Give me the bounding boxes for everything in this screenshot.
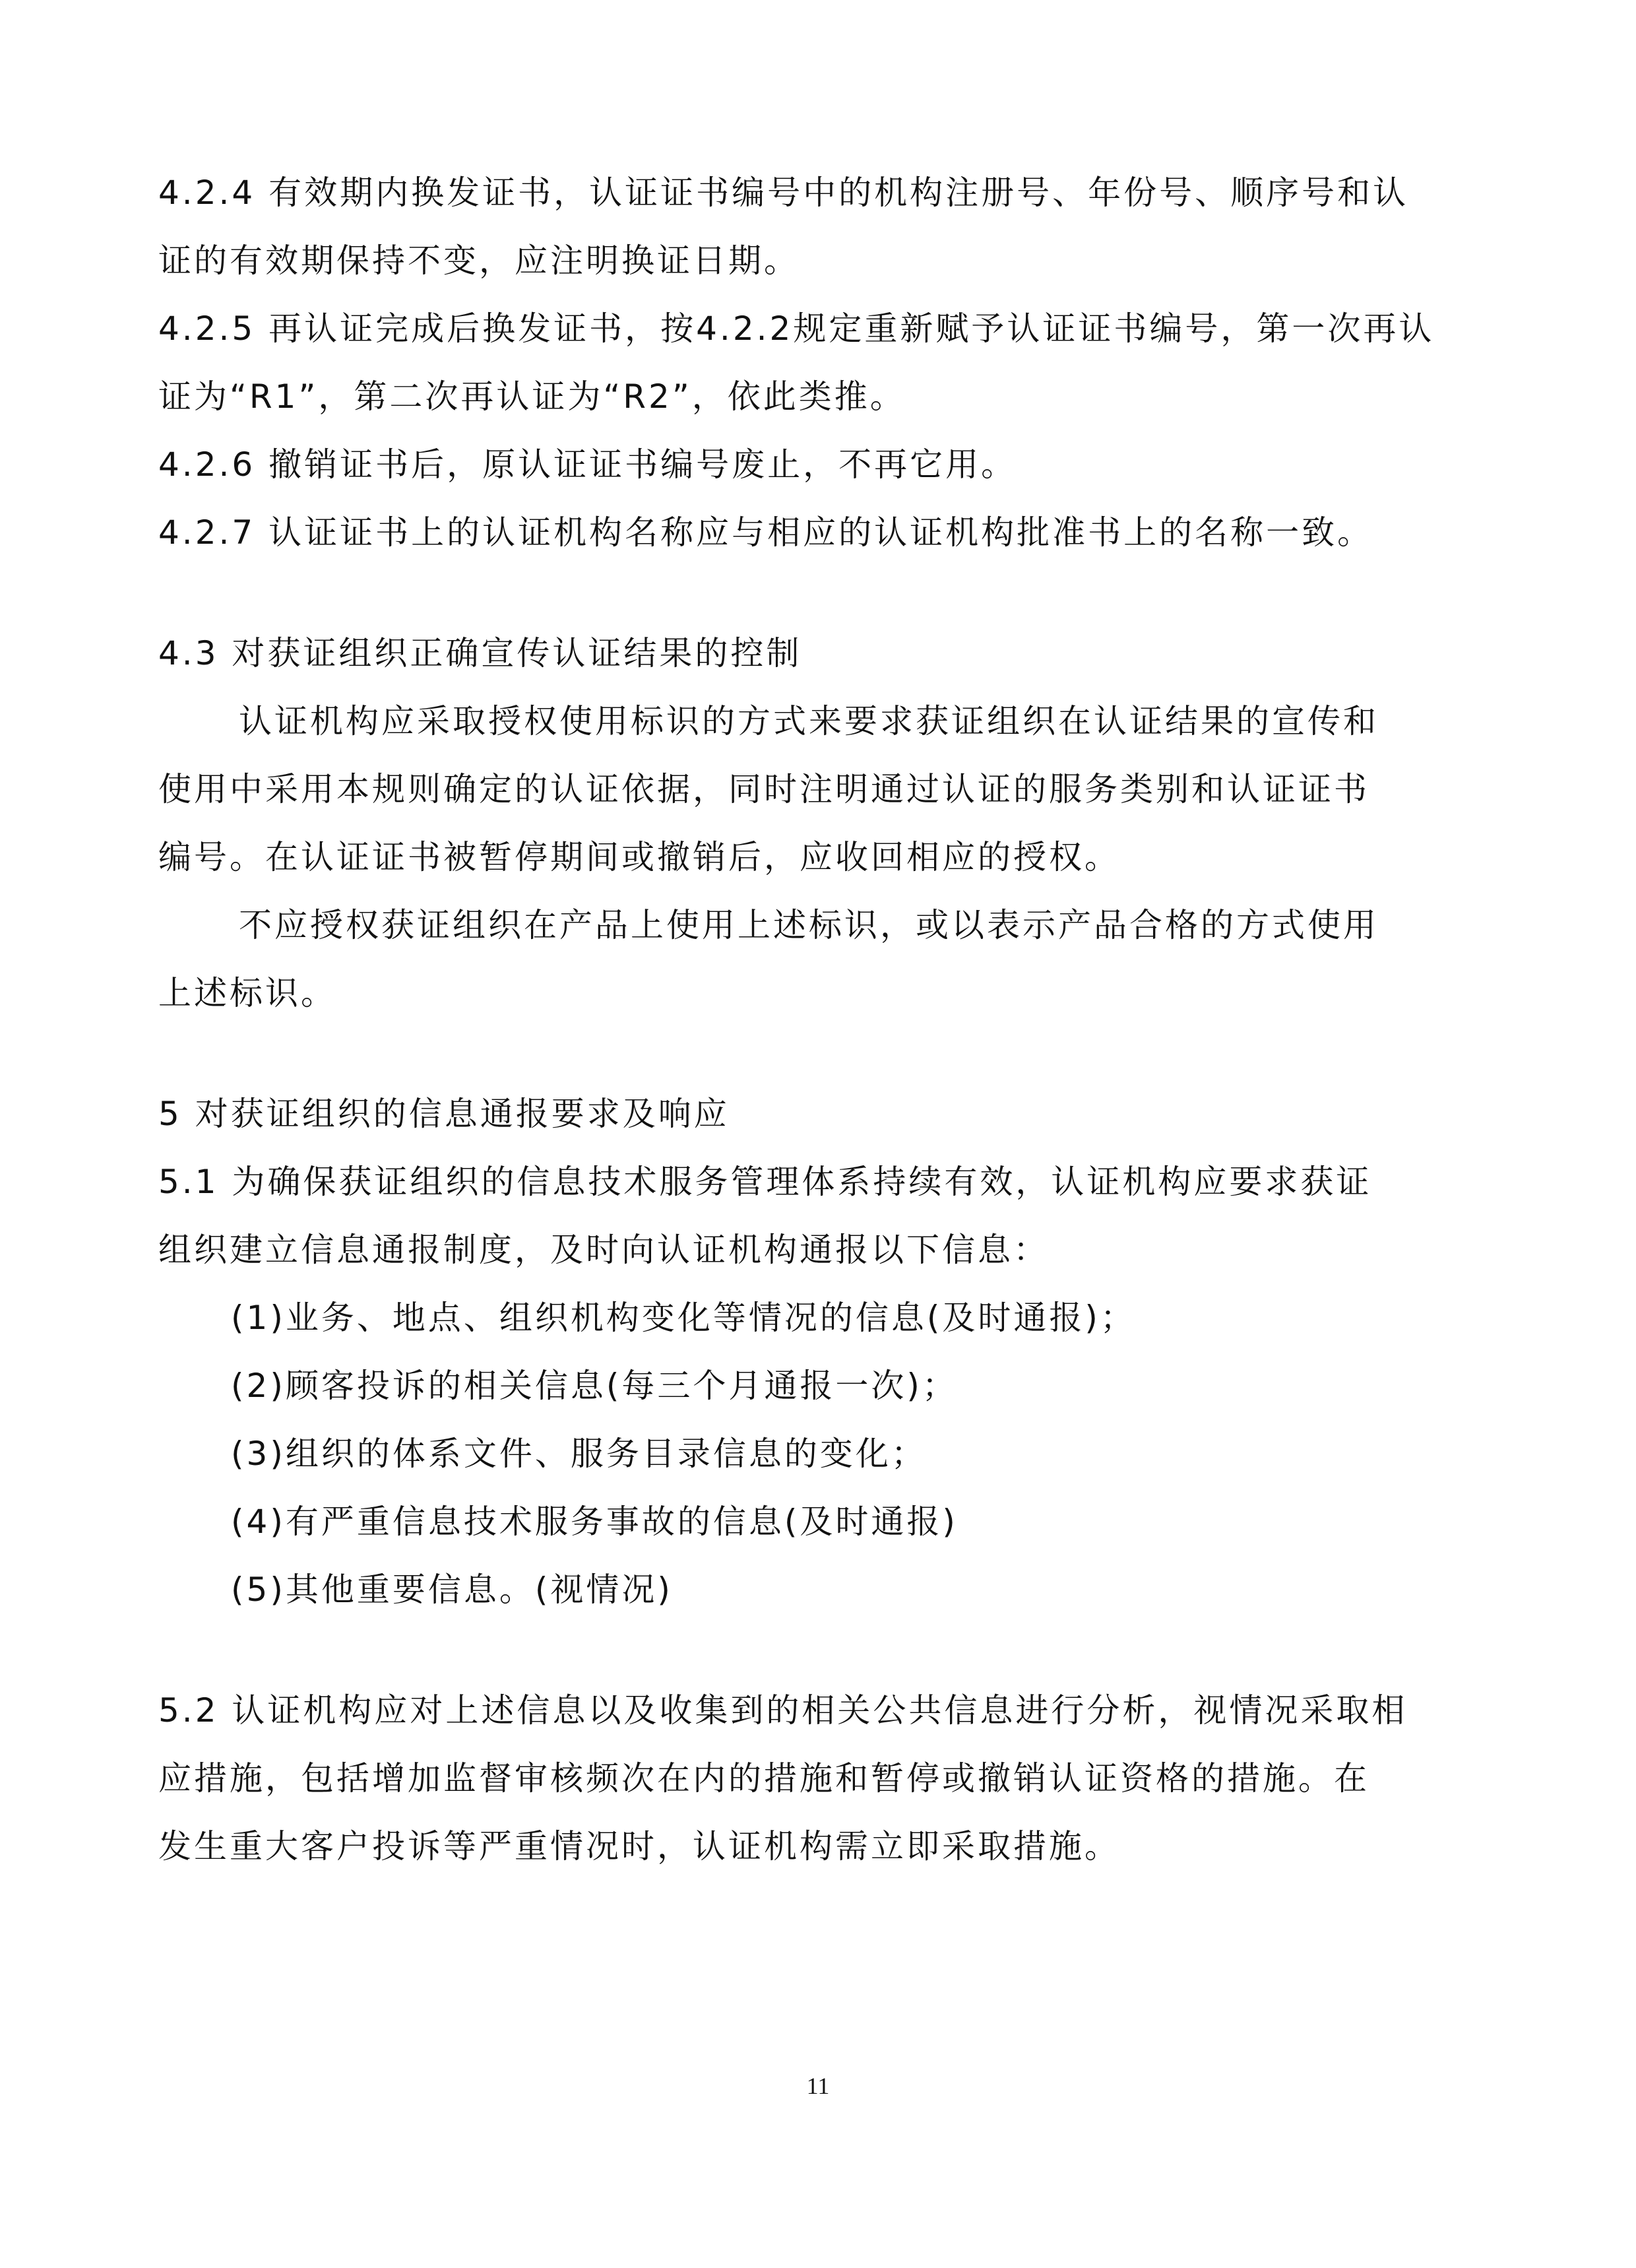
list-item: (4)有严重信息技术服务事故的信息(及时通报) <box>231 1502 1557 1541</box>
clause-4-2-6: 4.2.6 撤销证书后，原认证证书编号废止，不再它用。 <box>158 445 1484 484</box>
section-4-3-para1-line-2: 使用中采用本规则确定的认证依据，同时注明通过认证的服务类别和认证证书 <box>158 769 1484 809</box>
section-5-heading: 5 对获证组织的信息通报要求及响应 <box>158 1094 1484 1134</box>
document-page: 4.2.4 有效期内换发证书，认证证书编号中的机构注册号、年份号、顺序号和认 证… <box>0 0 1636 2268</box>
list-item: (5)其他重要信息。(视情况) <box>231 1570 1557 1609</box>
list-item: (3)组织的体系文件、服务目录信息的变化； <box>231 1434 1557 1474</box>
clause-5-1-line-1: 5.1 为确保获证组织的信息技术服务管理体系持续有效，认证机构应要求获证 <box>158 1162 1484 1202</box>
clause-4-2-4-line-2: 证的有效期保持不变，应注明换证日期。 <box>158 241 1484 280</box>
clause-4-2-4-line-1: 4.2.4 有效期内换发证书，认证证书编号中的机构注册号、年份号、顺序号和认 <box>158 173 1484 212</box>
list-item: (1)业务、地点、组织机构变化等情况的信息(及时通报)； <box>231 1298 1557 1338</box>
clause-4-2-7: 4.2.7 认证证书上的认证机构名称应与相应的认证机构批准书上的名称一致。 <box>158 513 1484 552</box>
section-4-3-para2-line-1: 不应授权获证组织在产品上使用上述标识，或以表示产品合格的方式使用 <box>239 905 1565 945</box>
clause-5-1-line-2: 组织建立信息通报制度，及时向认证机构通报以下信息： <box>158 1230 1484 1270</box>
clause-5-2-line-2: 应措施，包括增加监督审核频次在内的措施和暂停或撤销认证资格的措施。在 <box>158 1759 1484 1798</box>
page-number: 11 <box>0 2072 1636 2100</box>
clause-4-2-5-line-1: 4.2.5 再认证完成后换发证书，按4.2.2规定重新赋予认证证书编号，第一次再… <box>158 309 1484 348</box>
section-4-3-para1-line-3: 编号。在认证证书被暂停期间或撤销后，应收回相应的授权。 <box>158 837 1484 877</box>
clause-5-2-line-1: 5.2 认证机构应对上述信息以及收集到的相关公共信息进行分析，视情况采取相 <box>158 1691 1484 1730</box>
section-4-3-para2-line-2: 上述标识。 <box>158 973 1484 1013</box>
clause-5-2-line-3: 发生重大客户投诉等严重情况时，认证机构需立即采取措施。 <box>158 1827 1484 1866</box>
clause-4-2-5-line-2: 证为“R1”，第二次再认证为“R2”，依此类推。 <box>158 377 1484 416</box>
section-4-3-heading: 4.3 对获证组织正确宣传认证结果的控制 <box>158 633 1484 673</box>
section-4-3-para1-line-1: 认证机构应采取授权使用标识的方式来要求获证组织在认证结果的宣传和 <box>239 701 1565 741</box>
list-item: (2)顾客投诉的相关信息(每三个月通报一次)； <box>231 1366 1557 1406</box>
